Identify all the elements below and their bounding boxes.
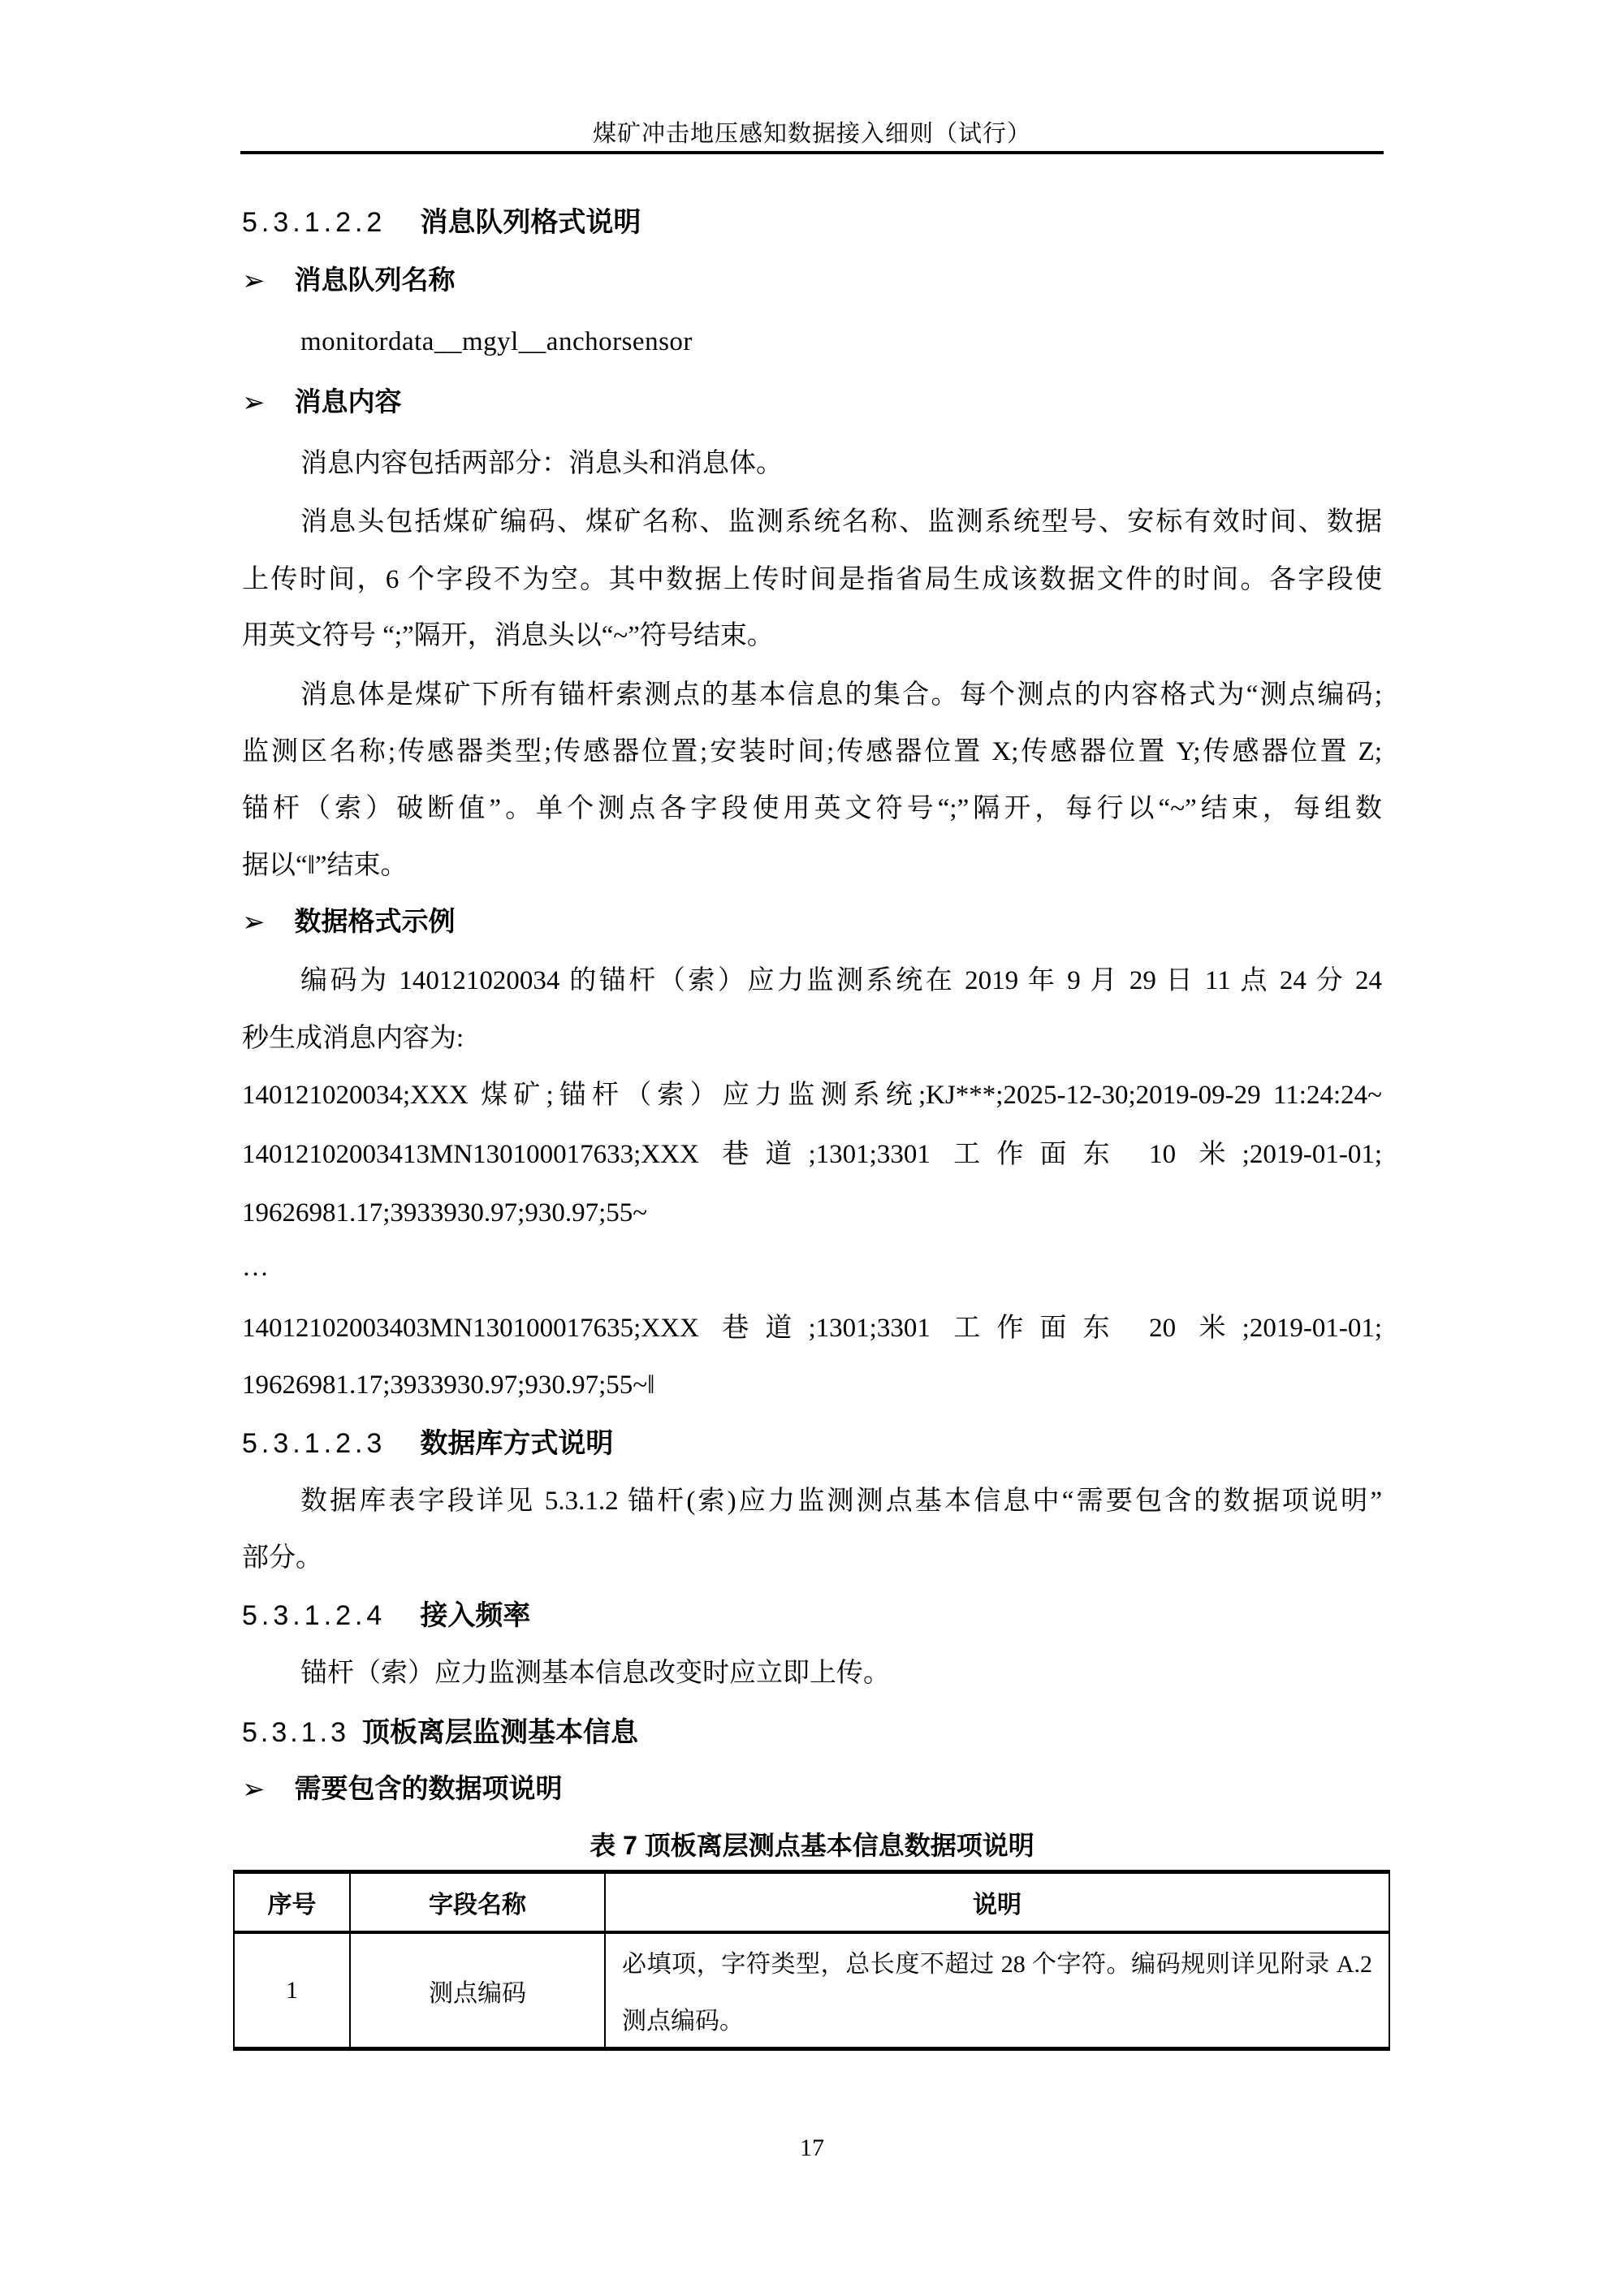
table-cell-description: 必填项，字符类型，总长度不超过 28 个字符。编码规则详见附录 A.2 测点编码… [604, 1934, 1390, 2047]
data-record-line: 140121020034;XXX 煤矿;锚杆（索）应力监测系统;KJ***;20… [242, 1077, 1382, 1114]
arrow-bullet-icon: ➢ [242, 1772, 266, 1809]
data-record-line: 14012102003413MN130100017633;XXX 巷道;1301… [242, 1136, 1382, 1173]
bullet-heading-label: 需要包含的数据项说明 [295, 1773, 563, 1803]
bullet-queue-name: ➢消息队列名称 [242, 261, 1382, 299]
paragraph-line: 部分。 [242, 1539, 1382, 1577]
table-header-no: 序号 [233, 1874, 349, 1931]
section-number: 5.3.1.2.4 [242, 1600, 386, 1631]
paragraph-line: 锚杆（索）应力监测基本信息改变时应立即上传。 [300, 1655, 1382, 1692]
description-line: 测点编码。 [622, 2004, 1372, 2039]
paragraph-line: 编码为 140121020034 的锚杆（索）应力监测系统在 2019 年 9 … [300, 962, 1382, 999]
data-record-ellipsis: … [242, 1249, 1382, 1286]
paragraph-line: 秒生成消息内容为: [242, 1020, 1382, 1057]
bullet-heading-label: 数据格式示例 [295, 906, 456, 936]
section-heading-5-3-1-3: 5.3.1.3顶板离层监测基本信息 [242, 1713, 638, 1752]
table-cell-field: 测点编码 [349, 1934, 604, 2047]
bullet-heading-label: 消息内容 [295, 386, 402, 416]
table-header-field-name: 字段名称 [349, 1874, 604, 1931]
paragraph-line: 监测区名称;传感器类型;传感器位置;安装时间;传感器位置 X;传感器位置 Y;传… [242, 733, 1382, 770]
table-header-row: 序号 字段名称 说明 [233, 1874, 1390, 1934]
data-record-line: 19626981.17;3933930.97;930.97;55~ [242, 1194, 1382, 1232]
paragraph-line: 锚杆（索）破断值”。单个测点各字段使用英文符号“;”隔开，每行以“~”结束，每组… [242, 790, 1382, 827]
bullet-data-format-example: ➢数据格式示例 [242, 903, 1382, 940]
table-caption: 表 7 顶板离层测点基本信息数据项说明 [242, 1827, 1382, 1864]
section-heading-5-3-1-2-2: 5.3.1.2.2消息队列格式说明 [242, 203, 641, 242]
queue-name-value: monitordata__mgyl__anchorsensor [300, 323, 693, 360]
section-title: 数据库方式说明 [420, 1428, 613, 1459]
bullet-required-data-items: ➢需要包含的数据项说明 [242, 1770, 1382, 1807]
paragraph-line: 用英文符号 “;”隔开，消息头以“~”符号结束。 [242, 617, 1382, 654]
bullet-heading-label: 消息队列名称 [295, 265, 456, 295]
section-number: 5.3.1.2.3 [242, 1428, 386, 1459]
description-line: 必填项，字符类型，总长度不超过 28 个字符。编码规则详见附录 A.2 [622, 1947, 1372, 1983]
section-title: 消息队列格式说明 [420, 207, 641, 238]
document-page: 煤矿冲击地压感知数据接入细则（试行） 5.3.1.2.2消息队列格式说明 ➢消息… [0, 0, 1624, 2296]
paragraph-line: 据以“‖”结束。 [242, 847, 1382, 884]
data-record-line: 14012102003403MN130100017635;XXX 巷道;1301… [242, 1310, 1382, 1347]
section-number: 5.3.1.3 [242, 1717, 349, 1748]
table-7-roof-separation-data-items: 序号 字段名称 说明 1 测点编码 必填项，字符类型，总长度不超过 28 个字符… [233, 1870, 1390, 2051]
section-title: 接入频率 [420, 1600, 530, 1631]
header-rule [240, 151, 1384, 154]
table-header-description: 说明 [604, 1874, 1390, 1931]
paragraph-line: 上传时间，6 个字段不为空。其中数据上传时间是指省局生成该数据文件的时间。各字段… [242, 561, 1382, 598]
section-number: 5.3.1.2.2 [242, 207, 386, 238]
data-record-line: 19626981.17;3933930.97;930.97;55~‖ [242, 1366, 1382, 1404]
running-header-title: 煤矿冲击地压感知数据接入细则（试行） [242, 116, 1382, 152]
paragraph-line: 消息内容包括两部分：消息头和消息体。 [300, 445, 1382, 482]
arrow-bullet-icon: ➢ [242, 904, 266, 942]
arrow-bullet-icon: ➢ [242, 385, 266, 422]
section-heading-5-3-1-2-3: 5.3.1.2.3数据库方式说明 [242, 1424, 613, 1463]
section-heading-5-3-1-2-4: 5.3.1.2.4接入频率 [242, 1596, 530, 1635]
page-number: 17 [0, 2132, 1624, 2164]
table-cell-no: 1 [233, 1934, 349, 2047]
paragraph-line: 消息头包括煤矿编码、煤矿名称、监测系统名称、监测系统型号、安标有效时间、数据 [300, 503, 1382, 541]
paragraph-line: 数据库表字段详见 5.3.1.2 锚杆(索)应力监测测点基本信息中“需要包含的数… [300, 1482, 1382, 1520]
arrow-bullet-icon: ➢ [242, 263, 266, 300]
bullet-message-content: ➢消息内容 [242, 383, 1382, 421]
table-row: 1 测点编码 必填项，字符类型，总长度不超过 28 个字符。编码规则详见附录 A… [233, 1934, 1390, 2047]
section-title: 顶板离层监测基本信息 [362, 1717, 638, 1748]
paragraph-line: 消息体是煤矿下所有锚杆索测点的基本信息的集合。每个测点的内容格式为“测点编码; [300, 676, 1382, 714]
